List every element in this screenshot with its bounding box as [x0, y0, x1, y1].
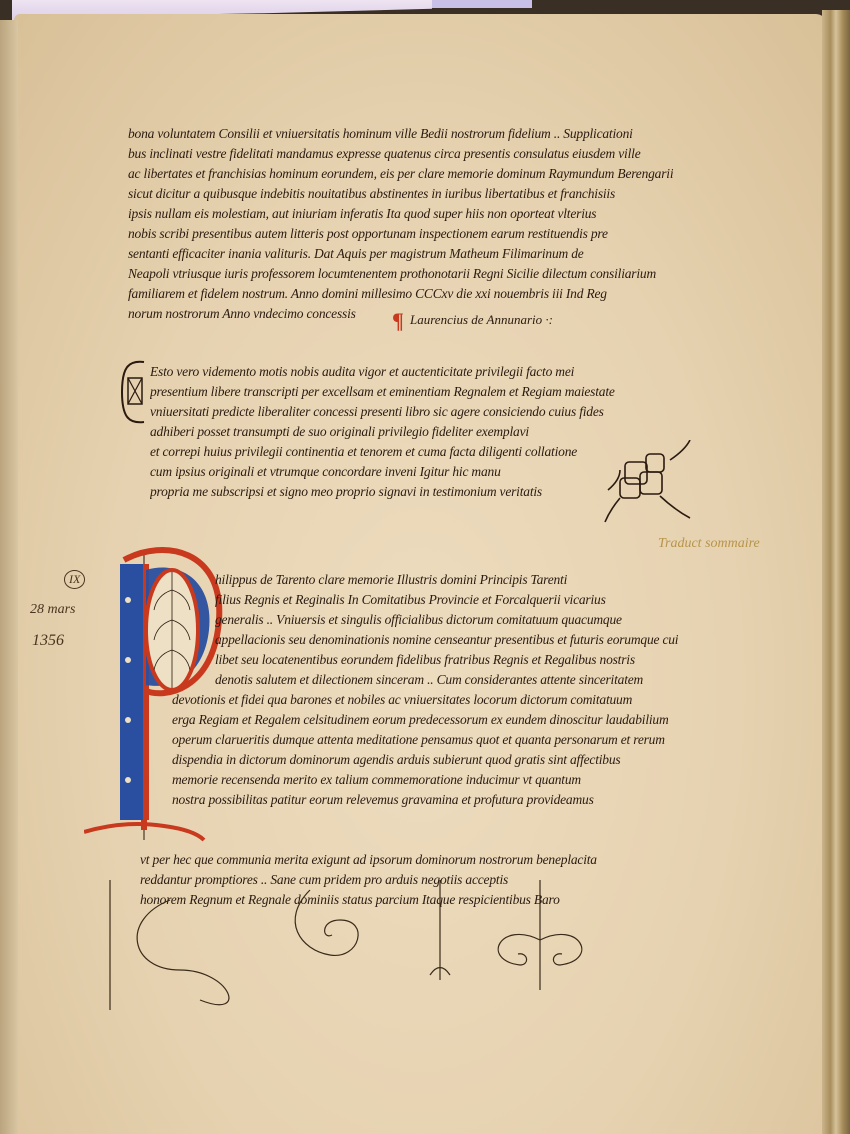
text-block-2: Esto vero videmento motis nobis audita v… [150, 362, 615, 502]
left-page-edge [0, 20, 18, 1134]
text-line: bus inclinati vestre fidelitati mandamus… [128, 144, 673, 164]
initial-E-icon [118, 358, 150, 426]
text-line: operum clarueritis dumque attenta medita… [172, 730, 669, 750]
text-line: ipsis nullam eis molestiam, aut iniuriam… [128, 204, 673, 224]
pen-flourishes-icon [60, 880, 660, 1020]
text-line: ac libertates et franchisias hominum eor… [128, 164, 673, 184]
text-line: appellacionis seu denominationis nomine … [215, 630, 678, 650]
paragraph-mark: ¶ [392, 308, 404, 334]
text-line: Neapoli vtriusque iuris professorem locu… [128, 264, 673, 284]
text-line: nobis scribi presentibus autem litteris … [128, 224, 673, 244]
text-line: erga Regiam et Regalem celsitudinem eoru… [172, 710, 669, 730]
text-line: presentium libere transcripti per excell… [150, 382, 615, 402]
protruding-paper-slip-2 [432, 0, 532, 8]
text-line: libet seu locatenentibus eorundem fideli… [215, 650, 678, 670]
notary-sign-knot-icon [600, 440, 695, 525]
text-line: hilippus de Tarento clare memorie Illust… [215, 570, 678, 590]
text-block-1: bona voluntatem Consilii et vniuersitati… [128, 124, 673, 324]
text-line: sicut dicitur a quibusque indebitis noui… [128, 184, 673, 204]
text-line: cum ipsius originali et vtrumque concord… [150, 462, 615, 482]
text-line: propria me subscripsi et signo meo propr… [150, 482, 615, 502]
text-block-3: hilippus de Tarento clare memorie Illust… [215, 570, 678, 690]
text-line: memorie recensenda merito ex talium comm… [172, 770, 669, 790]
text-block-3-cont: devotionis et fidei qua barones et nobil… [172, 690, 669, 810]
binding-edge [822, 10, 850, 1134]
text-line: devotionis et fidei qua barones et nobil… [172, 690, 669, 710]
text-line: et correpi huius privilegii continentia … [150, 442, 615, 462]
scribe-signature: Laurencius de Annunario ·: [410, 312, 553, 328]
text-line: sentanti efficaciter inania valituris. D… [128, 244, 673, 264]
marginal-annotation: Traduct sommaire [658, 536, 760, 552]
text-line: filius Regnis et Reginalis In Comitatibu… [215, 590, 678, 610]
text-line: bona voluntatem Consilii et vniuersitati… [128, 124, 673, 144]
text-line: Esto vero videmento motis nobis audita v… [150, 362, 615, 382]
marginal-date: 28 mars [30, 602, 76, 618]
text-line: dispendia in dictorum dominorum agendis … [172, 750, 669, 770]
text-line: denotis salutem et dilectionem sinceram … [215, 670, 678, 690]
text-line: vniuersitati predicte liberaliter conces… [150, 402, 615, 422]
text-line: adhiberi posset transumpti de suo origin… [150, 422, 615, 442]
text-line: nostra possibilitas patitur eorum releve… [172, 790, 669, 810]
text-line: generalis .. Vniuersis et singulis offic… [215, 610, 678, 630]
text-line: vt per hec que communia merita exigunt a… [140, 850, 597, 870]
marginal-year: 1356 [32, 632, 64, 650]
text-line: familiarem et fidelem nostrum. Anno domi… [128, 284, 673, 304]
